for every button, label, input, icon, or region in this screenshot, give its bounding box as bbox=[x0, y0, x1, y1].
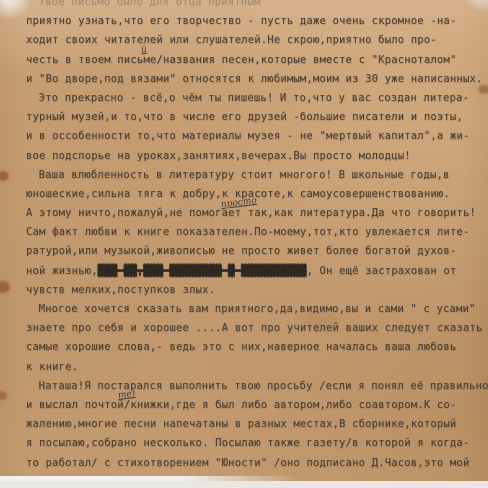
text-line: ходит своих читателей или слушателей.Не … bbox=[26, 31, 476, 50]
text-line: Многое хочется сказать вам приятного,да,… bbox=[26, 300, 476, 319]
text-line: Ваша влюбленность в литературу стоит мно… bbox=[26, 166, 476, 185]
scan-edge bbox=[0, 476, 300, 481]
text-line: вое подспорье на уроках,занятиях,вечерах… bbox=[26, 147, 476, 166]
typed-text: знаете про себя и хорошее ....А вот про … bbox=[26, 322, 483, 334]
typed-text: честь в твоем письме/названия песен,кото… bbox=[26, 54, 456, 66]
text-line: и в оссобенности то,что материалы музея … bbox=[26, 127, 476, 146]
typed-text: ратурой,или музыкой,живописью не просто … bbox=[26, 245, 456, 257]
text-line: я посылаю,собрано несколько. Посылаю так… bbox=[26, 434, 476, 453]
text-line: чувств мелких,поступков злых. bbox=[26, 281, 476, 300]
handwritten-annotation: те) bbox=[117, 385, 137, 406]
text-line: жалению,многие песни напечатаны в разных… bbox=[26, 415, 476, 434]
text-line: Наташа!Я постарался выполнить твою прось… bbox=[26, 377, 476, 396]
typed-text: и "Во дворе,под вязами" относятся к люби… bbox=[26, 73, 483, 85]
text-line: честь в твоем письме/названия песен,кото… bbox=[26, 51, 476, 70]
struck-out-text: ▓▓▓ ▓▓,▓▓▓ ▓▓▓▓▓▓▓▓ ▓ ▓▓▓▓▓▓▓▓▓▓ bbox=[98, 265, 307, 277]
typed-text: жалению,многие песни напечатаны в разных… bbox=[26, 418, 456, 430]
text-line: и выслал почтой/книжки,где я был либо ав… bbox=[26, 396, 476, 415]
text-line: то работал/ с стихотворением "Юности" /о… bbox=[26, 454, 476, 473]
typed-text: вое подспорье на уроках,занятиях,вечерах… bbox=[26, 150, 411, 162]
typed-text: к книге. bbox=[26, 361, 78, 373]
text-line: Твое письмо было для отца приятным bbox=[26, 0, 476, 12]
typed-text: Сам факт любви к книге показателен.По-мо… bbox=[26, 226, 469, 238]
typed-text: приятно узнать,что его творчество - пуст… bbox=[26, 15, 456, 27]
text-line: ратурой,или музыкой,живописью не просто … bbox=[26, 242, 476, 261]
text-line: Сам факт любви к книге показателен.По-мо… bbox=[26, 223, 476, 242]
typed-text: я посылаю,собрано несколько. Посылаю так… bbox=[26, 437, 469, 449]
text-line: и "Во дворе,под вязами" относятся к люби… bbox=[26, 70, 476, 89]
typed-text: ходит своих читателей или слушателей.Не … bbox=[26, 34, 437, 46]
text-line: к книге. bbox=[26, 358, 476, 377]
typed-text: Твое письмо было для отца приятным bbox=[39, 0, 261, 8]
text-line: Это прекрасно - всё,о чём ты пишешь! И т… bbox=[26, 89, 476, 108]
text-line: А этому ничто,пожалуй,не помогает так,ка… bbox=[26, 204, 476, 223]
typed-text: чувств мелких,поступков злых. bbox=[26, 284, 215, 296]
typed-text: Ваша влюбленность в литературу стоит мно… bbox=[39, 169, 450, 181]
typed-text: Наташа!Я постарался выполнить твою прось… bbox=[39, 380, 488, 392]
letter-text: Твое письмо было для отца приятнымприятн… bbox=[0, 0, 488, 473]
typed-text: то работал/ с стихотворением "Юности" /о… bbox=[26, 457, 469, 469]
typed-text: ной жизнью, bbox=[26, 265, 98, 277]
text-line: самые хорошие слова,- ведь это с них,нав… bbox=[26, 338, 476, 357]
text-line: турный музей,и то,что в числе его друзей… bbox=[26, 108, 476, 127]
text-line: ной жизнью,▓▓▓ ▓▓,▓▓▓ ▓▓▓▓▓▓▓▓ ▓ ▓▓▓▓▓▓▓… bbox=[26, 262, 476, 281]
typed-text: самые хорошие слова,- ведь это с них,нав… bbox=[26, 341, 456, 353]
typed-text: и в оссобенности то,что материалы музея … bbox=[26, 130, 469, 142]
typed-text: Это прекрасно - всё,о чём ты пишешь! И т… bbox=[39, 92, 469, 104]
typed-text: и выслал почтой/книжки,где я был либо ав… bbox=[26, 399, 456, 411]
typed-text: , Он ещё застрахован от bbox=[306, 265, 456, 277]
typed-text: турный музей,и то,что в числе его друзей… bbox=[26, 111, 463, 123]
letter-scan: Твое письмо было для отца приятнымприятн… bbox=[0, 0, 488, 481]
text-line: знаете про себя и хорошее ....А вот про … bbox=[26, 319, 476, 338]
typed-text: Многое хочется сказать вам приятного,да,… bbox=[39, 303, 476, 315]
text-line: приятно узнать,что его творчество - пуст… bbox=[26, 12, 476, 31]
